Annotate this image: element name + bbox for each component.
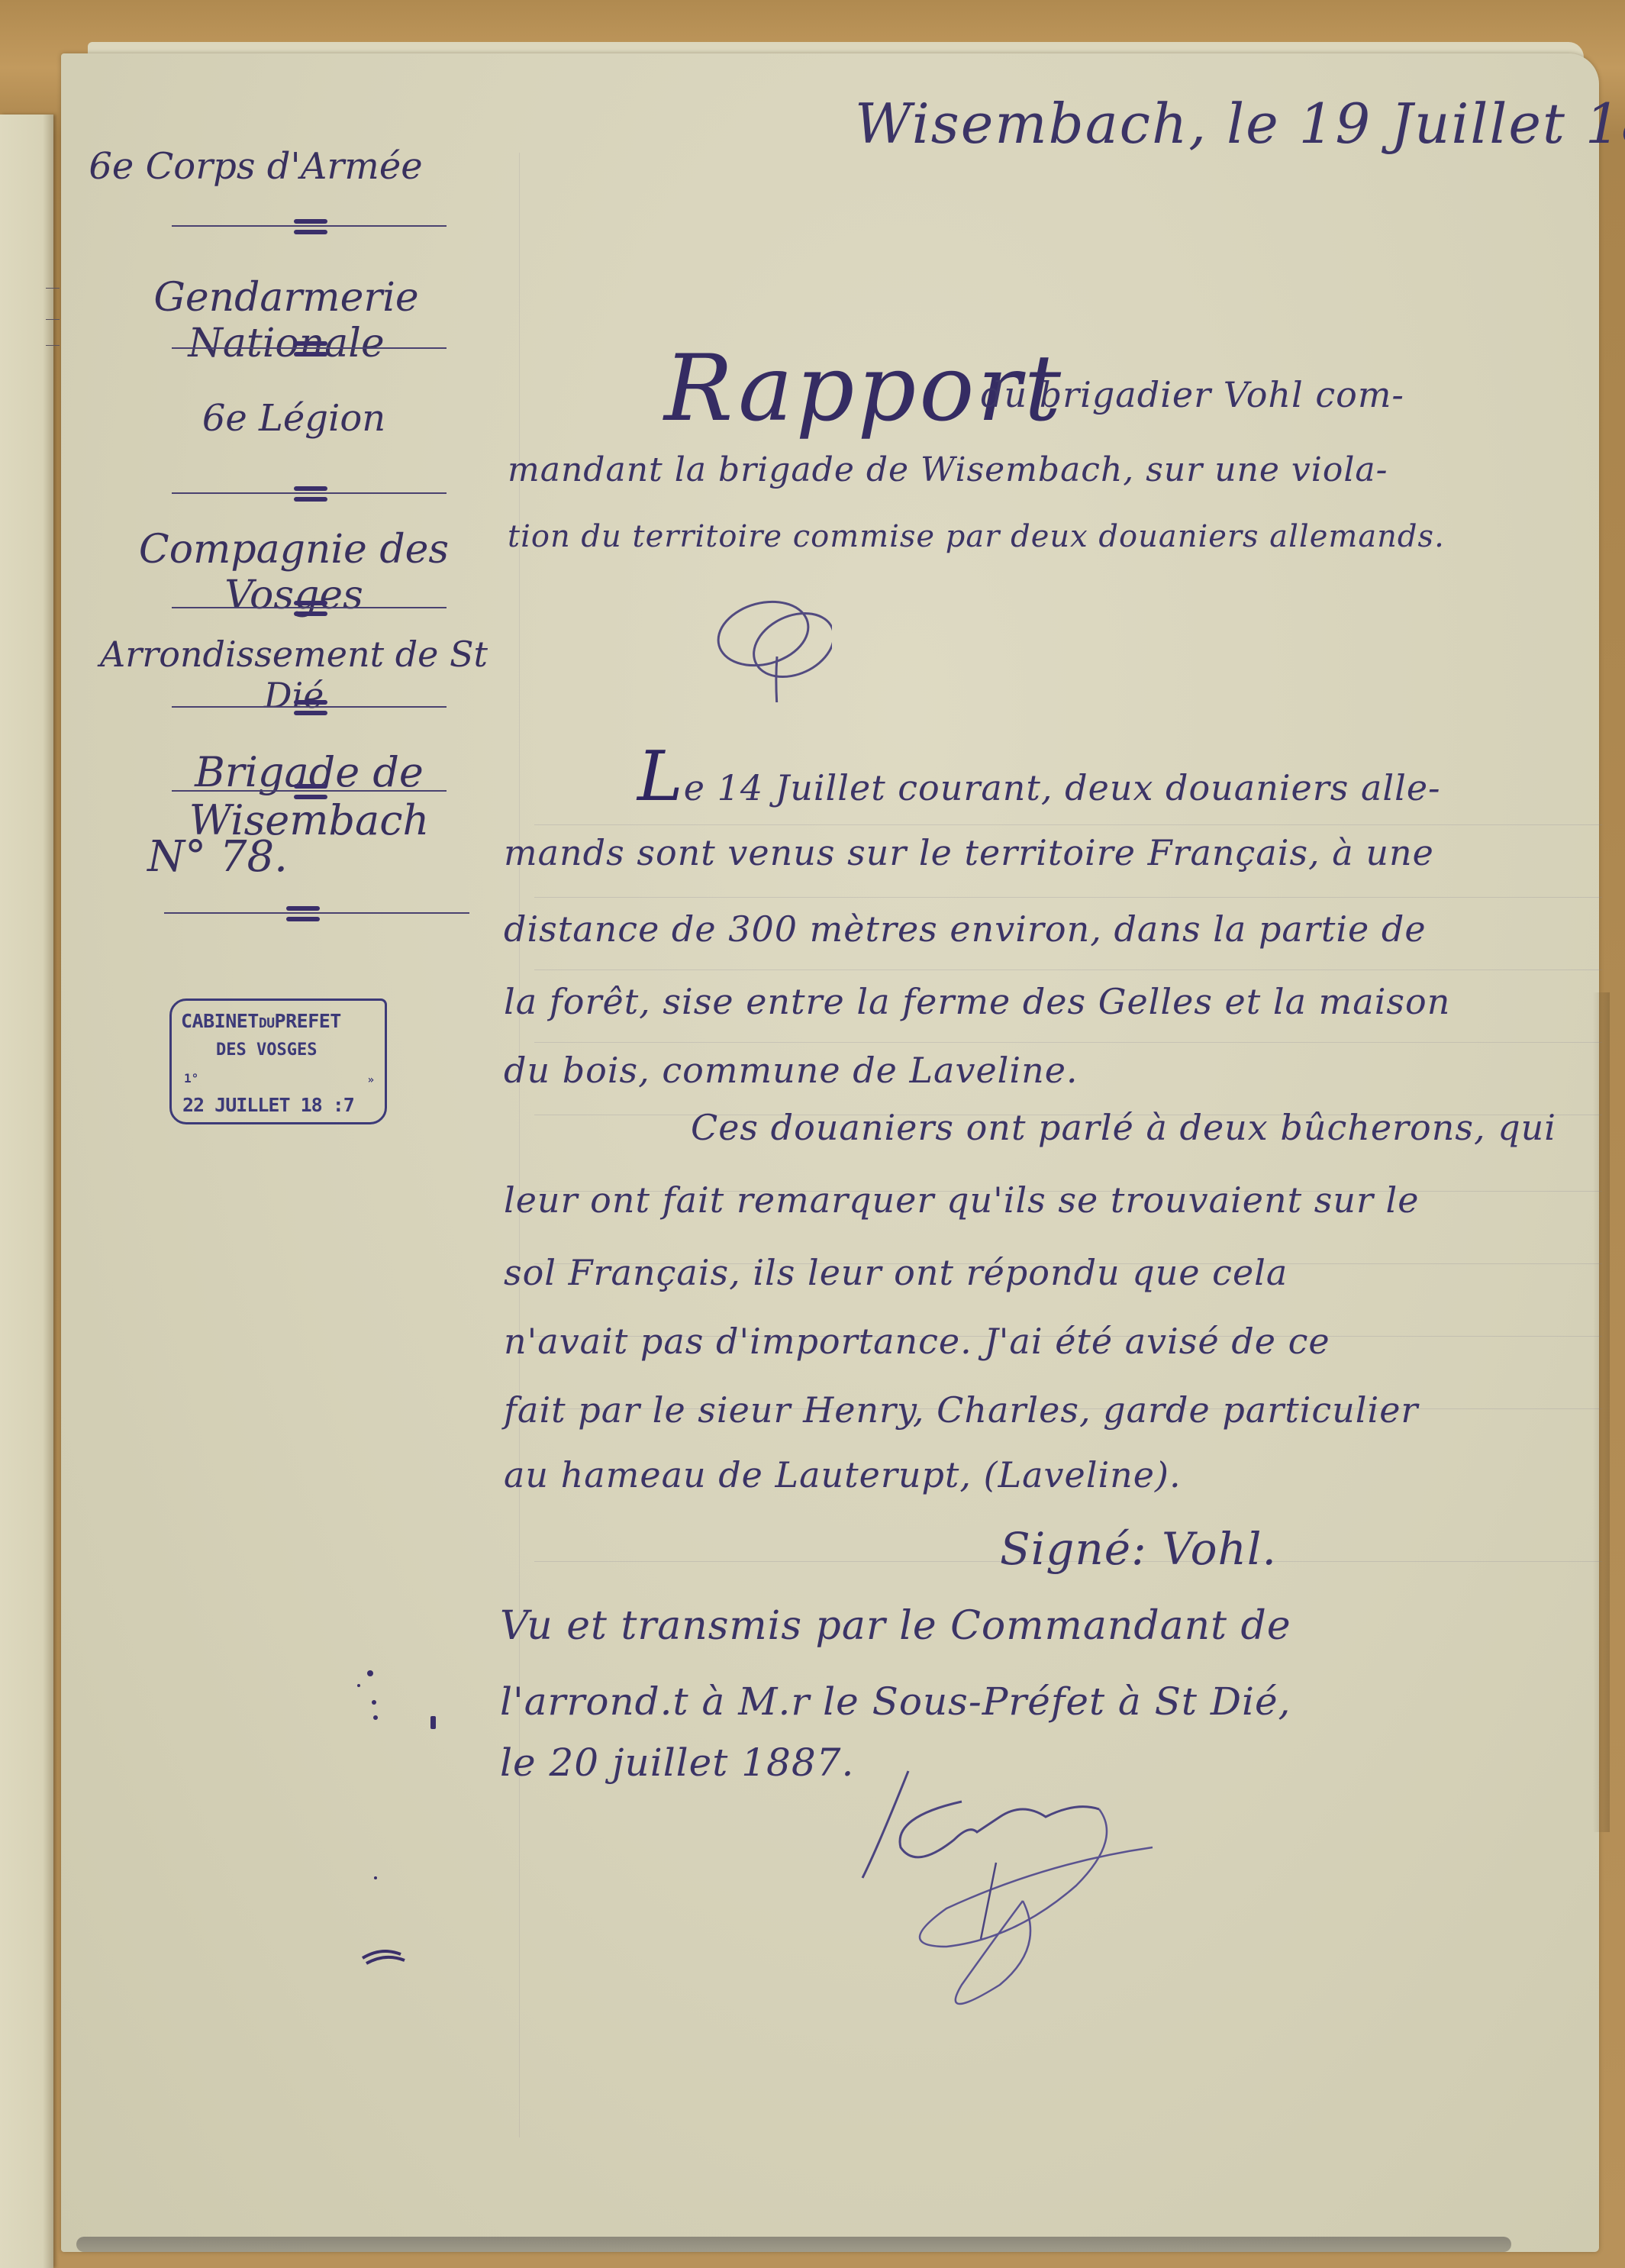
title-subtitle-line-1: du brigadier Vohl com- xyxy=(981,374,1404,415)
header-separator xyxy=(164,912,469,914)
header-separator xyxy=(172,347,447,349)
stamp-line-1: CABINETDUPREFET xyxy=(181,1010,341,1032)
ink-marks xyxy=(328,1664,481,1985)
paragraph-2-line-3: sol Français, ils leur ont répondu que c… xyxy=(504,1252,1288,1293)
drop-cap: L xyxy=(637,737,684,817)
ruled-line xyxy=(534,969,1602,970)
ruled-line xyxy=(534,824,1602,825)
dateline: Wisembach, le 19 Juillet 1887. xyxy=(855,92,1625,156)
torn-right-edge xyxy=(1593,992,1610,1832)
header-separator xyxy=(172,225,447,227)
paragraph-2-line-1: Ces douaniers ont parlé à deux bûcherons… xyxy=(691,1107,1556,1148)
header-separator xyxy=(172,790,447,792)
transmittal-line-1: Vu et transmis par le Commandant de xyxy=(500,1603,1291,1649)
paragraph-1-line-1: Le 14 Juillet courant, deux douaniers al… xyxy=(637,737,1441,817)
commander-signature-icon xyxy=(847,1756,1320,2015)
stamp-line-2: DES VOSGES xyxy=(216,1040,317,1060)
transmittal-line-3: le 20 juillet 1887. xyxy=(500,1741,854,1785)
header-legion: 6e Légion xyxy=(65,397,523,440)
header-gendarmerie: Gendarmerie Nationale xyxy=(57,275,515,366)
sheet-bottom-edge xyxy=(76,2237,1511,2252)
paragraph-2-line-2: leur ont fait remarquer qu'ils se trouva… xyxy=(504,1179,1420,1221)
salutation-flourish-icon xyxy=(679,580,832,702)
signed-vohl: Signé: Vohl. xyxy=(1000,1523,1277,1575)
paragraph-1-line-5: du bois, commune de Laveline. xyxy=(504,1050,1078,1091)
header-separator xyxy=(172,706,447,708)
adjacent-page xyxy=(0,115,53,2268)
paragraph-2-line-4: n'avait pas d'importance. J'ai été avisé… xyxy=(504,1321,1330,1362)
ruled-line xyxy=(534,897,1602,898)
paragraph-1-line-4: la forêt, sise entre la ferme des Gelles… xyxy=(504,981,1450,1022)
title-subtitle-line-2: mandant la brigade de Wisembach, sur une… xyxy=(508,450,1388,489)
prefect-received-stamp: CABINETDUPREFET DES VOSGES 1° » 22 JUILL… xyxy=(169,999,387,1124)
paragraph-1-line-2: mands sont venus sur le territoire Franç… xyxy=(504,832,1434,873)
paragraph-2-line-5: fait par le sieur Henry, Charles, garde … xyxy=(504,1389,1418,1431)
header-separator xyxy=(172,607,447,608)
stamp-date: 22 JUILLET 18 :7 xyxy=(182,1094,354,1116)
paragraph-2-line-6: au hameau de Lauterupt, (Laveline). xyxy=(504,1454,1182,1495)
stamp-mark-right: » xyxy=(368,1074,374,1086)
stamp-mark-left: 1° xyxy=(184,1071,198,1086)
title-subtitle-line-3: tion du territoire commise par deux doua… xyxy=(508,519,1445,554)
transmittal-line-2: l'arrond.t à M.r le Sous-Préfet à St Dié… xyxy=(500,1679,1291,1724)
header-corps: 6e Corps d'Armée xyxy=(27,145,485,188)
paragraph-1-line-3: distance de 300 mètres environ, dans la … xyxy=(504,908,1427,950)
header-separator xyxy=(172,492,447,494)
ruled-line xyxy=(534,1042,1602,1043)
header-number: N° 78. xyxy=(0,832,447,882)
